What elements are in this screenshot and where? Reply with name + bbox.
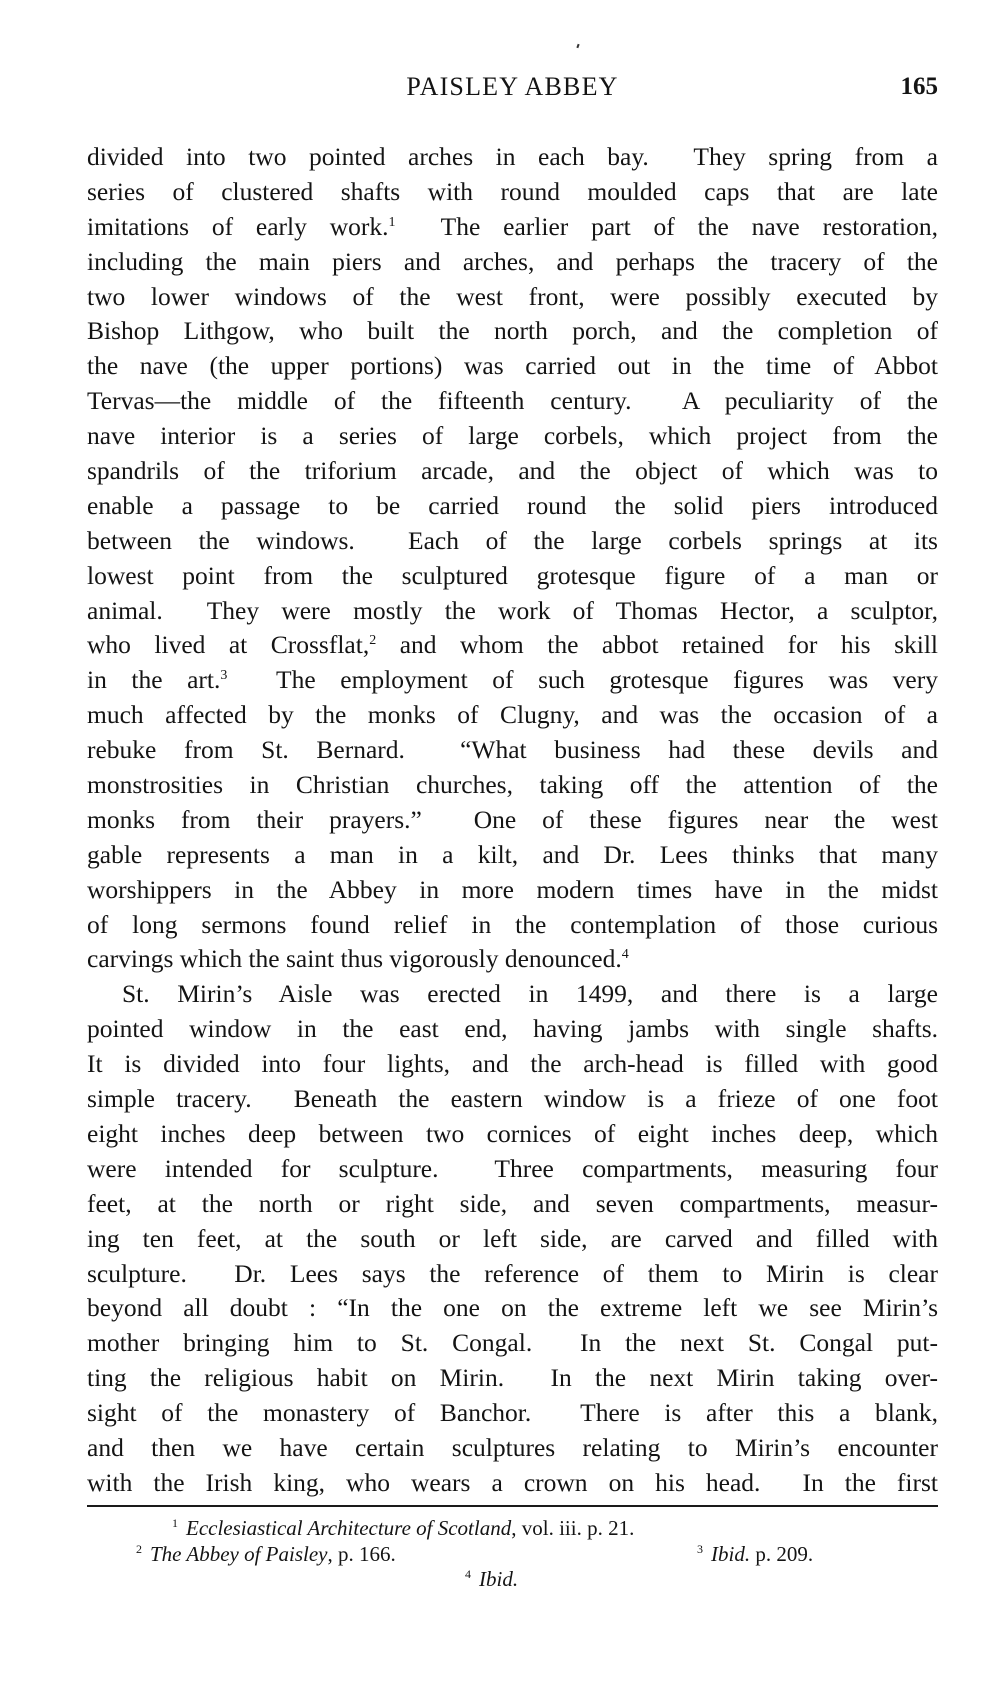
text-run: animal. They were mostly the work of Tho… xyxy=(87,596,938,625)
footnote-title: Ibid. xyxy=(711,1542,750,1566)
footnote-row: 1Ecclesiastical Architecture of Scotland… xyxy=(87,1516,938,1542)
footnote-title: Ecclesiastical Architecture of Scotland xyxy=(186,1516,511,1540)
text-run: Bishop Lithgow, who built the north porc… xyxy=(87,316,938,345)
footnote-row: 2The Abbey of Paisley, p. 166. 3Ibid. p.… xyxy=(87,1542,938,1568)
text-line: of long sermons found relief in the cont… xyxy=(87,908,938,943)
text-run: spandrils of the triforium arcade, and t… xyxy=(87,456,938,485)
text-run: feet, at the north or right side, and se… xyxy=(87,1189,938,1218)
text-line: in the art.3 The employment of such grot… xyxy=(87,663,938,698)
text-run: sight of the monastery of Banchor. There… xyxy=(87,1398,938,1427)
text-run: between the windows. Each of the large c… xyxy=(87,526,938,555)
text-line: eight inches deep between two cornices o… xyxy=(87,1117,938,1152)
text-run: of long sermons found relief in the cont… xyxy=(87,910,938,939)
text-run: sculpture. Dr. Lees says the reference o… xyxy=(87,1259,938,1288)
text-line: two lower windows of the west front, wer… xyxy=(87,280,938,315)
footnote-4: 4Ibid. xyxy=(465,1567,518,1593)
text-line: rebuke from St. Bernard. “What business … xyxy=(87,733,938,768)
footnote-1: 1Ecclesiastical Architecture of Scotland… xyxy=(172,1516,634,1542)
text-run: the nave (the upper portions) was carrie… xyxy=(87,351,938,380)
footnote-marker: 4 xyxy=(465,1567,471,1581)
text-line: ing ten feet, at the south or left side,… xyxy=(87,1222,938,1257)
footnote-marker: 3 xyxy=(697,1542,703,1556)
text-line: animal. They were mostly the work of Tho… xyxy=(87,594,938,629)
text-line: gable represents a man in a kilt, and Dr… xyxy=(87,838,938,873)
text-line: St. Mirin’s Aisle was erected in 1499, a… xyxy=(87,977,938,1012)
text-run: eight inches deep between two cornices o… xyxy=(87,1119,938,1148)
body-text: divided into two pointed arches in each … xyxy=(87,140,938,1501)
text-run: The earlier part of the nave restoration… xyxy=(395,212,938,241)
text-line: who lived at Crossflat,2 and whom the ab… xyxy=(87,628,938,663)
text-run: rebuke from St. Bernard. “What business … xyxy=(87,735,938,764)
text-line: Tervas—the middle of the fifteenth centu… xyxy=(87,384,938,419)
text-run: lowest point from the sculptured grotesq… xyxy=(87,561,938,590)
text-line: divided into two pointed arches in each … xyxy=(87,140,938,175)
text-run: with the Irish king, who wears a crown o… xyxy=(87,1468,938,1497)
text-run: two lower windows of the west front, wer… xyxy=(87,282,938,311)
text-line: between the windows. Each of the large c… xyxy=(87,524,938,559)
footnote-title: The Abbey of Paisley xyxy=(150,1542,328,1566)
text-line: simple tracery. Beneath the eastern wind… xyxy=(87,1082,938,1117)
text-line: worshippers in the Abbey in more modern … xyxy=(87,873,938,908)
text-line: Bishop Lithgow, who built the north porc… xyxy=(87,314,938,349)
text-line: mother bringing him to St. Congal. In th… xyxy=(87,1326,938,1361)
text-run: worshippers in the Abbey in more modern … xyxy=(87,875,938,904)
text-line: monstrosities in Christian churches, tak… xyxy=(87,768,938,803)
text-line: and then we have certain sculptures rela… xyxy=(87,1431,938,1466)
text-run: divided into two pointed arches in each … xyxy=(87,142,938,171)
text-run: who lived at Crossflat, xyxy=(87,630,369,659)
footnote-rule xyxy=(87,1505,938,1507)
footnote-citation: , vol. iii. p. 21. xyxy=(511,1516,634,1540)
text-run: It is divided into four lights, and the … xyxy=(87,1049,938,1078)
text-run: gable represents a man in a kilt, and Dr… xyxy=(87,840,938,869)
text-run: ting the religious habit on Mirin. In th… xyxy=(87,1363,938,1392)
text-run: were intended for sculpture. Three compa… xyxy=(87,1154,938,1183)
text-line: monks from their prayers.” One of these … xyxy=(87,803,938,838)
text-line: with the Irish king, who wears a crown o… xyxy=(87,1466,938,1501)
text-run: monstrosities in Christian churches, tak… xyxy=(87,770,938,799)
text-line: pointed window in the east end, having j… xyxy=(87,1012,938,1047)
text-run: and whom the abbot retained for his skil… xyxy=(376,630,938,659)
footnotes: 1Ecclesiastical Architecture of Scotland… xyxy=(87,1516,938,1593)
text-run: mother bringing him to St. Congal. In th… xyxy=(87,1328,938,1357)
text-run: imitations of early work. xyxy=(87,212,388,241)
text-run: beyond all doubt : “In the one on the ex… xyxy=(87,1293,938,1322)
text-run: and then we have certain sculptures rela… xyxy=(87,1433,938,1462)
text-line: feet, at the north or right side, and se… xyxy=(87,1187,938,1222)
text-line: lowest point from the sculptured grotesq… xyxy=(87,559,938,594)
footnote-3: 3Ibid. p. 209. xyxy=(697,1542,813,1568)
footnote-row: 4Ibid. xyxy=(87,1567,938,1593)
text-run: nave interior is a series of large corbe… xyxy=(87,421,938,450)
footnote-citation: , p. 166. xyxy=(328,1542,396,1566)
text-line: nave interior is a series of large corbe… xyxy=(87,419,938,454)
text-line: were intended for sculpture. Three compa… xyxy=(87,1152,938,1187)
text-run: simple tracery. Beneath the eastern wind… xyxy=(87,1084,938,1113)
text-run: series of clustered shafts with round mo… xyxy=(87,177,938,206)
running-title: PAISLEY ABBEY xyxy=(87,72,938,102)
text-line: enable a passage to be carried round the… xyxy=(87,489,938,524)
footnote-reference: 4 xyxy=(622,947,629,962)
text-run: carvings which the saint thus vigorously… xyxy=(87,944,622,973)
running-head: PAISLEY ABBEY 165 xyxy=(87,72,938,102)
text-run: in the art. xyxy=(87,665,220,694)
text-line: ting the religious habit on Mirin. In th… xyxy=(87,1361,938,1396)
text-line: sight of the monastery of Banchor. There… xyxy=(87,1396,938,1431)
text-line: It is divided into four lights, and the … xyxy=(87,1047,938,1082)
text-run: monks from their prayers.” One of these … xyxy=(87,805,938,834)
text-run: St. Mirin’s Aisle was erected in 1499, a… xyxy=(122,979,938,1008)
text-run: pointed window in the east end, having j… xyxy=(87,1014,938,1043)
text-run: enable a passage to be carried round the… xyxy=(87,491,938,520)
text-line: spandrils of the triforium arcade, and t… xyxy=(87,454,938,489)
footnote-title: Ibid. xyxy=(479,1567,518,1591)
text-line: series of clustered shafts with round mo… xyxy=(87,175,938,210)
footnote-citation: p. 209. xyxy=(750,1542,813,1566)
text-run: much affected by the monks of Clugny, an… xyxy=(87,700,938,729)
footnote-marker: 2 xyxy=(136,1542,142,1556)
text-line: imitations of early work.1 The earlier p… xyxy=(87,210,938,245)
scan-speck xyxy=(576,44,579,48)
text-run: The employment of such grotesque figures… xyxy=(227,665,938,694)
text-line: carvings which the saint thus vigorously… xyxy=(87,942,938,977)
text-line: sculpture. Dr. Lees says the reference o… xyxy=(87,1257,938,1292)
text-run: ing ten feet, at the south or left side,… xyxy=(87,1224,938,1253)
footnote-2: 2The Abbey of Paisley, p. 166. xyxy=(136,1542,396,1568)
text-line: including the main piers and arches, and… xyxy=(87,245,938,280)
page-number: 165 xyxy=(901,72,939,102)
text-run: including the main piers and arches, and… xyxy=(87,247,938,276)
text-line: much affected by the monks of Clugny, an… xyxy=(87,698,938,733)
footnote-marker: 1 xyxy=(172,1516,178,1530)
text-run: Tervas—the middle of the fifteenth centu… xyxy=(87,386,938,415)
text-line: the nave (the upper portions) was carrie… xyxy=(87,349,938,384)
text-line: beyond all doubt : “In the one on the ex… xyxy=(87,1291,938,1326)
